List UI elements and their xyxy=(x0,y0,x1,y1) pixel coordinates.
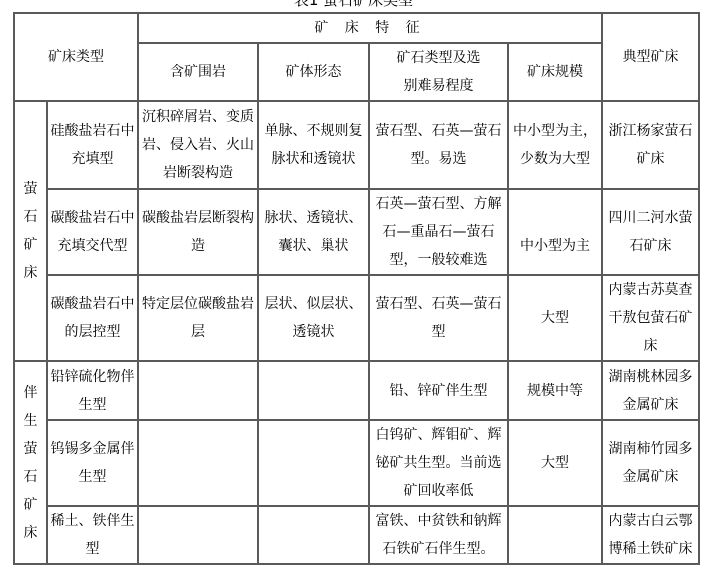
cell-ore-body-shape xyxy=(258,506,369,564)
header-features-group: 矿 床 特 征 xyxy=(138,13,602,43)
cell-subtype: 稀土、铁伴生型 xyxy=(47,506,138,564)
cell-scale: 大型 xyxy=(508,275,602,361)
cell-subtype: 碳酸盐岩石中的层控型 xyxy=(47,275,138,361)
cell-typical: 湖南柿竹园多金属矿床 xyxy=(602,420,699,506)
cell-subtype: 铅锌硫化物伴生型 xyxy=(47,361,138,420)
cell-ore-type: 铅、锌矿伴生型 xyxy=(369,361,508,420)
header-host-rock: 含矿围岩 xyxy=(138,43,258,101)
cell-ore-body-shape xyxy=(258,420,369,506)
cell-ore-type: 石英—萤石型、方解石—重晶石—萤石型，一般较难选 xyxy=(369,189,508,275)
cell-typical: 浙江杨家萤石矿床 xyxy=(602,101,699,189)
cell-ore-body-shape: 脉状、透镜状、囊状、巢状 xyxy=(258,189,369,275)
header-ore-body-shape: 矿体形态 xyxy=(258,43,369,101)
cell-scale: 中小型为主，少数为大型 xyxy=(508,101,602,189)
table-caption: 表1 萤石矿床类型 xyxy=(0,0,707,9)
cell-ore-body-shape xyxy=(258,361,369,420)
ore-deposit-types-table: 矿床类型 矿 床 特 征 典型矿床 含矿围岩 矿体形态 矿石类型及选别难易程度 … xyxy=(13,12,700,565)
table-row: 碳酸盐岩石中的层控型 特定层位碳酸盐岩层 层状、似层状、透镜状 萤石型、石英—萤… xyxy=(14,275,699,361)
table-row: 萤 石 矿 床 硅酸盐岩石中充填型 沉积碎屑岩、变质岩、侵入岩、火山岩断裂构造 … xyxy=(14,101,699,189)
table-row: 稀土、铁伴生型 富铁、中贫铁和钠辉石铁矿石伴生型。 内蒙古白云鄂博稀土铁矿床 xyxy=(14,506,699,564)
table-row: 钨锡多金属伴生型 白钨矿、辉钼矿、辉铋矿共生型。当前选矿回收率低 大型 湖南柿竹… xyxy=(14,420,699,506)
cell-scale: 大型 xyxy=(508,420,602,506)
group-label-associated-fluorite: 伴 生 萤 石 矿 床 xyxy=(14,361,47,564)
cell-subtype: 碳酸盐岩石中充填交代型 xyxy=(47,189,138,275)
group-label-fluorite: 萤 石 矿 床 xyxy=(14,101,47,361)
cell-ore-type: 萤石型、石英—萤石型。易选 xyxy=(369,101,508,189)
header-ore-type: 矿石类型及选别难易程度 xyxy=(369,43,508,101)
header-scale: 矿床规模 xyxy=(508,43,602,101)
table-row: 伴 生 萤 石 矿 床 铅锌硫化物伴生型 铅、锌矿伴生型 规模中等 湖南桃林园多… xyxy=(14,361,699,420)
cell-ore-type: 富铁、中贫铁和钠辉石铁矿石伴生型。 xyxy=(369,506,508,564)
cell-typical: 四川二河水萤石矿床 xyxy=(602,189,699,275)
cell-host-rock: 特定层位碳酸盐岩层 xyxy=(138,275,258,361)
cell-scale: 中小型为主 xyxy=(508,189,602,275)
cell-subtype: 硅酸盐岩石中充填型 xyxy=(47,101,138,189)
cell-ore-body-shape: 单脉、不规则复脉状和透镜状 xyxy=(258,101,369,189)
cell-host-rock xyxy=(138,506,258,564)
cell-host-rock xyxy=(138,420,258,506)
cell-ore-type: 萤石型、石英—萤石型 xyxy=(369,275,508,361)
cell-scale xyxy=(508,506,602,564)
cell-typical: 湖南桃林园多金属矿床 xyxy=(602,361,699,420)
cell-scale: 规模中等 xyxy=(508,361,602,420)
cell-host-rock: 沉积碎屑岩、变质岩、侵入岩、火山岩断裂构造 xyxy=(138,101,258,189)
header-typical-deposit: 典型矿床 xyxy=(602,13,699,101)
cell-ore-type: 白钨矿、辉钼矿、辉铋矿共生型。当前选矿回收率低 xyxy=(369,420,508,506)
cell-ore-body-shape: 层状、似层状、透镜状 xyxy=(258,275,369,361)
table-row: 碳酸盐岩石中充填交代型 碳酸盐岩层断裂构造 脉状、透镜状、囊状、巢状 石英—萤石… xyxy=(14,189,699,275)
cell-subtype: 钨锡多金属伴生型 xyxy=(47,420,138,506)
header-deposit-type: 矿床类型 xyxy=(14,13,138,101)
cell-host-rock: 碳酸盐岩层断裂构造 xyxy=(138,189,258,275)
cell-typical: 内蒙古白云鄂博稀土铁矿床 xyxy=(602,506,699,564)
cell-typical: 内蒙古苏莫查干敖包萤石矿床 xyxy=(602,275,699,361)
cell-host-rock xyxy=(138,361,258,420)
